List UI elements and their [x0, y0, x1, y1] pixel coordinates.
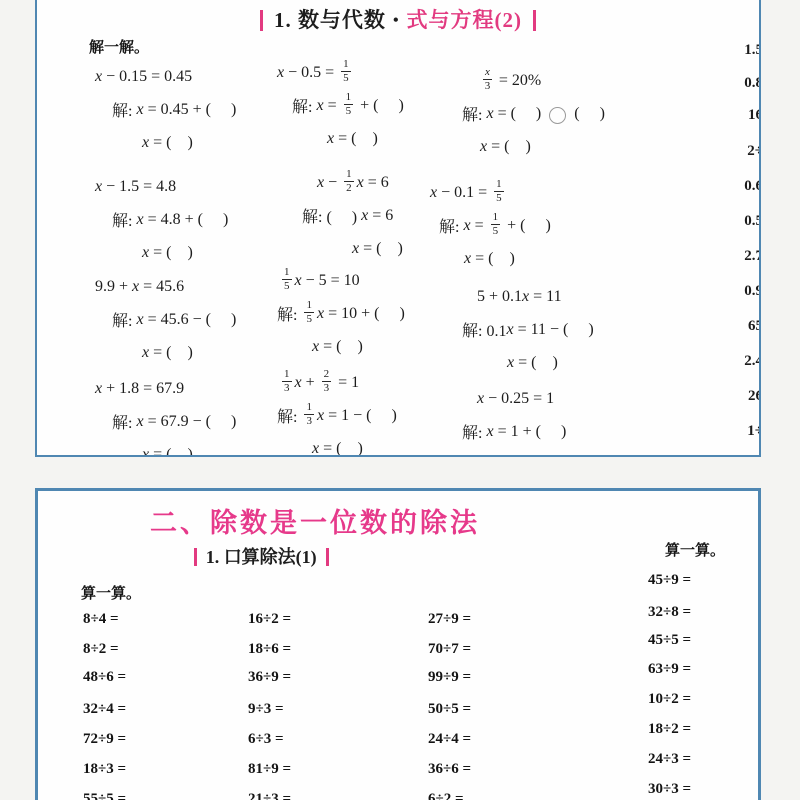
equation-line-s2: x = ( )	[277, 330, 405, 363]
fraction: 15	[491, 212, 501, 237]
division-exercise: 99÷9 =	[428, 669, 471, 686]
division-exercise: 45÷5 =	[648, 632, 691, 649]
fraction: 15	[344, 92, 354, 117]
title-left-bar	[260, 10, 263, 31]
right-calc-section-label: 算一算。	[665, 539, 725, 560]
equation-problem-12: x − 0.25 = 1解: x = 1 + ( )	[462, 382, 566, 448]
equation-line-s2: x = ( )	[95, 438, 236, 457]
equation-line-s2: x = ( )	[277, 432, 397, 457]
fraction: 12	[344, 169, 354, 194]
equation-line-s2: x = ( )	[95, 126, 236, 159]
clipped-number-fragment: 2÷	[725, 143, 761, 160]
workbook-page: 1. 数与代数•式与方程(2) 解一解。 x − 0.15 = 0.45解: x…	[0, 0, 800, 800]
division-exercise: 18÷3 =	[83, 761, 126, 778]
division-exercise: 30÷3 =	[648, 781, 691, 798]
equation-line-s2: x = ( )	[302, 232, 403, 265]
equation-problem-6: x − 0.1 = 15解: x = 15 + ( )x = ( )	[430, 176, 551, 275]
division-exercise: 81÷9 =	[248, 761, 291, 778]
division-exercise: 21÷3 =	[248, 791, 291, 800]
equation-problem-1: x − 0.15 = 0.45解: x = 0.45 + ( )x = ( )	[95, 60, 236, 159]
fraction: 15	[494, 179, 504, 204]
equation-problem-7: 9.9 + x = 45.6解: x = 45.6 − ( )x = ( )	[95, 270, 236, 369]
lesson-subtitle: 1. 口算除法(1)	[38, 543, 484, 569]
bottom-worksheet-panel: 二、除数是一位数的除法 1. 口算除法(1) 算一算。 算一算。 8÷4 =16…	[35, 488, 761, 800]
equation-problem-9: 5 + 0.1x = 11解: 0.1x = 11 − ( )x = ( )	[462, 280, 594, 379]
equation-line-s1: 解: x = 45.6 − ( )	[95, 303, 236, 336]
clipped-number-fragment: 26	[725, 388, 761, 405]
division-exercise: 10÷2 =	[648, 691, 691, 708]
division-exercise: 72÷9 =	[83, 731, 126, 748]
division-exercise: 8÷2 =	[83, 641, 119, 658]
equation-problem-3: x3 = 20%解: x = ( ) ( )x = ( )	[462, 64, 605, 163]
clipped-number-fragment: 1.5	[725, 42, 761, 59]
clipped-number-fragment: 1÷	[725, 423, 761, 440]
clipped-number-fragment: 0.8	[725, 75, 761, 92]
equation-line-s2: x = ( )	[95, 336, 236, 369]
equation-line-eq: x3 = 20%	[462, 64, 605, 97]
equation-line-s1: 解: x = 1 + ( )	[462, 415, 566, 448]
division-exercise: 24÷3 =	[648, 751, 691, 768]
equation-line-s1: 解: x = ( ) ( )	[462, 97, 605, 130]
division-exercise: 24÷4 =	[428, 731, 471, 748]
fraction: 15	[282, 267, 292, 292]
division-exercise: 55÷5 =	[83, 791, 126, 800]
equation-problem-8: 15 x − 5 = 10解: 15 x = 10 + ( )x = ( )	[277, 264, 405, 363]
division-exercise: 8÷4 =	[83, 611, 119, 628]
top-panel-title: 1. 数与代数•式与方程(2)	[37, 4, 759, 34]
equation-line-eq: 9.9 + x = 45.6	[95, 270, 236, 303]
title-section-text: 1. 数与代数	[274, 8, 386, 32]
lesson-subtitle-text: 1. 口算除法(1)	[206, 547, 317, 567]
division-exercise: 36÷9 =	[248, 669, 291, 686]
equation-problem-2: x − 0.5 = 15解: x = 15 + ( )x = ( )	[277, 56, 404, 155]
clipped-number-fragment: 65	[725, 318, 761, 335]
equation-line-eq: x − 12 x = 6	[302, 166, 403, 199]
equation-line-s1: 解: 15 x = 10 + ( )	[277, 297, 405, 330]
equation-line-eq: x − 1.5 = 4.8	[95, 170, 228, 203]
title-topic-text: 式与方程(2)	[407, 8, 523, 32]
operator-choice-circle	[549, 107, 566, 124]
equation-line-eq: x − 0.1 = 15	[430, 176, 551, 209]
equation-line-eq: 15 x − 5 = 10	[277, 264, 405, 297]
division-exercise: 63÷9 =	[648, 661, 691, 678]
equation-line-s1: 解: x = 4.8 + ( )	[95, 203, 228, 236]
equation-line-s2: x = ( )	[462, 346, 594, 379]
equation-line-s1: 解: x = 0.45 + ( )	[95, 93, 236, 126]
fraction: 23	[322, 369, 332, 394]
equation-line-eq: x + 1.8 = 67.9	[95, 372, 236, 405]
division-exercise: 6÷3 =	[248, 731, 284, 748]
division-exercise: 27÷9 =	[428, 611, 471, 628]
equation-problem-5: x − 12 x = 6解: ( ) x = 6x = ( )	[302, 166, 403, 265]
division-exercise: 6÷2 =	[428, 791, 464, 800]
fraction: 15	[304, 300, 314, 325]
equation-line-s1: 解: 13 x = 1 − ( )	[277, 399, 397, 432]
top-worksheet-panel: 1. 数与代数•式与方程(2) 解一解。 x − 0.15 = 0.45解: x…	[35, 0, 761, 457]
equation-problem-10: x + 1.8 = 67.9解: x = 67.9 − ( )x = ( )	[95, 372, 236, 457]
clipped-number-fragment: 0.5	[725, 213, 761, 230]
solve-section-label: 解一解。	[89, 36, 149, 57]
equation-line-s2: x = ( )	[95, 236, 228, 269]
equation-line-eq: x − 0.25 = 1	[462, 382, 566, 415]
fraction: 15	[341, 59, 351, 84]
equation-line-s1: 解: 0.1x = 11 − ( )	[462, 313, 594, 346]
subtitle-right-bar	[326, 548, 329, 566]
division-exercise: 18÷6 =	[248, 641, 291, 658]
subtitle-left-bar	[194, 548, 197, 566]
equation-problem-11: 13 x + 23 = 1解: 13 x = 1 − ( )x = ( )	[277, 366, 397, 457]
title-right-bar	[533, 10, 536, 31]
equation-line-s1: 解: ( ) x = 6	[302, 199, 403, 232]
fraction: 13	[304, 402, 314, 427]
division-exercise: 9÷3 =	[248, 701, 284, 718]
fraction: 13	[282, 369, 292, 394]
division-exercise: 18÷2 =	[648, 721, 691, 738]
division-exercise: 45÷9 =	[648, 572, 691, 589]
equation-line-s2: x = ( )	[462, 130, 605, 163]
equation-line-eq: 5 + 0.1x = 11	[462, 280, 594, 313]
equation-problem-4: x − 1.5 = 4.8解: x = 4.8 + ( )x = ( )	[95, 170, 228, 269]
clipped-number-fragment: 0.9	[725, 283, 761, 300]
equation-line-s1: 解: x = 15 + ( )	[277, 89, 404, 122]
clipped-number-fragment: 2.4	[725, 353, 761, 370]
clipped-number-fragment: 2.7	[725, 248, 761, 265]
division-exercise: 32÷4 =	[83, 701, 126, 718]
division-exercise: 32÷8 =	[648, 604, 691, 621]
equation-line-s2: x = ( )	[430, 242, 551, 275]
division-exercise: 36÷6 =	[428, 761, 471, 778]
division-exercise: 70÷7 =	[428, 641, 471, 658]
division-exercise: 48÷6 =	[83, 669, 126, 686]
equation-line-s1: 解: x = 15 + ( )	[430, 209, 551, 242]
clipped-number-fragment: 16	[725, 107, 761, 124]
title-dot: •	[393, 12, 400, 29]
equation-line-s1: 解: x = 67.9 − ( )	[95, 405, 236, 438]
left-calc-section-label: 算一算。	[81, 582, 141, 603]
chapter-title: 二、除数是一位数的除法	[150, 501, 480, 540]
division-exercise: 50÷5 =	[428, 701, 471, 718]
clipped-number-fragment: 0.6	[725, 178, 761, 195]
equation-line-eq: x − 0.15 = 0.45	[95, 60, 236, 93]
fraction: x3	[483, 67, 492, 92]
division-exercise: 16÷2 =	[248, 611, 291, 628]
equation-line-eq: 13 x + 23 = 1	[277, 366, 397, 399]
equation-line-s2: x = ( )	[277, 122, 404, 155]
equation-line-eq: x − 0.5 = 15	[277, 56, 404, 89]
